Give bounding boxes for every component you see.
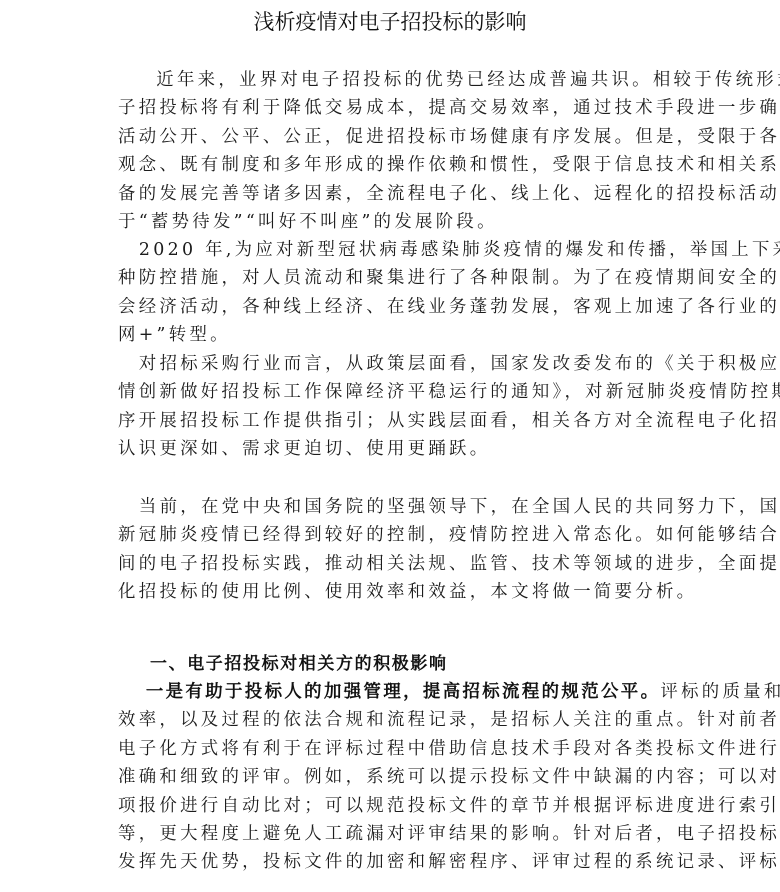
text-line: 于“蓄势待发”“叫好不叫座”的发展阶段。 [118, 208, 664, 236]
text-line: 近年来，业界对电子招投标的优势已经达成普遍共识。相较于传统形式，电 [118, 66, 664, 94]
text-line: 项报价进行自动比对；可以规范投标文件的章节并根据评标进度进行索引式审查 [118, 792, 664, 820]
text-fragment: 评标的质量和 [660, 682, 780, 702]
intro-paragraph-3: 对招标采购行业而言，从政策层面看，国家发改委发布的《关于积极应对疫 情创新做好招… [118, 350, 664, 464]
text-line: 活动公开、公平、公正，促进招投标市场健康有序发展。但是，受限于各方传统 [118, 123, 664, 151]
bold-lead-sentence: 一是有助于投标人的加强管理，提高招标流程的规范公平。 [146, 682, 661, 702]
text-line: 效率，以及过程的依法合规和流程记录，是招标人关注的重点。针对前者，采用 [118, 706, 664, 734]
text-line: 新冠肺炎疫情已经得到较好的控制，疫情防控进入常态化。如何能够结合疫情期 [118, 521, 664, 549]
text-line: 化招投标的使用比例、使用效率和效益，本文将做一简要分析。 [118, 578, 664, 606]
text-line: 备的发展完善等诸多因素，全流程电子化、线上化、远程化的招投标活动仍然处 [118, 180, 664, 208]
section-1-paragraph-1: 一是有助于投标人的加强管理，提高招标流程的规范公平。评标的质量和 效率，以及过程… [118, 678, 664, 877]
text-line: 2020 年,为应对新型冠状病毒感染肺炎疫情的爆发和传播，举国上下采取各 [118, 236, 664, 264]
text-line: 认识更深如、需求更迫切、使用更踊跃。 [118, 435, 664, 463]
text-line: 观念、既有制度和多年形成的操作依赖和惯性，受限于信息技术和相关系统、装 [118, 151, 664, 179]
text-line: 情创新做好招投标工作保障经济平稳运行的通知》，对新冠肺炎疫情防控期间有 [118, 378, 664, 406]
text-line: 间的电子招投标实践，推动相关法规、监管、技术等领域的进步，全面提升电子 [118, 550, 664, 578]
text-line: 一是有助于投标人的加强管理，提高招标流程的规范公平。评标的质量和 [118, 678, 664, 706]
text-line: 种防控措施，对人员流动和聚集进行了各种限制。为了在疫情期间安全的开展社 [118, 264, 664, 292]
document-title: 浅析疫情对电子招投标的影响 [0, 8, 780, 36]
text-line: 准确和细致的评审。例如，系统可以提示投标文件中缺漏的内容；可以对投标分 [118, 763, 664, 791]
text-line: 对招标采购行业而言，从政策层面看，国家发改委发布的《关于积极应对疫 [118, 350, 664, 378]
intro-paragraph-2: 2020 年,为应对新型冠状病毒感染肺炎疫情的爆发和传播，举国上下采取各 种防控… [118, 236, 664, 350]
text-line: 网+”转型。 [118, 321, 664, 349]
document-page: 浅析疫情对电子招投标的影响 近年来，业界对电子招投标的优势已经达成普遍共识。相较… [0, 0, 780, 892]
intro-paragraph-4: 当前，在党中央和国务院的坚强领导下，在全国人民的共同努力下，国内的 新冠肺炎疫情… [118, 493, 664, 607]
section-heading: 一、电子招投标对相关方的积极影响 [150, 650, 448, 678]
text-line: 当前，在党中央和国务院的坚强领导下，在全国人民的共同努力下，国内的 [118, 493, 664, 521]
text-line: 会经济活动，各种线上经济、在线业务蓬勃发展，客观上加速了各行业的“互联 [118, 293, 664, 321]
intro-paragraph-1: 近年来，业界对电子招投标的优势已经达成普遍共识。相较于传统形式，电 子招投标将有… [118, 66, 664, 236]
text-line: 电子化方式将有利于在评标过程中借助信息技术手段对各类投标文件进行更为 [118, 735, 664, 763]
text-line: 序开展招投标工作提供指引；从实践层面看，相关各方对全流程电子化招投标的 [118, 407, 664, 435]
text-line: 等，更大程度上避免人工疏漏对评审结果的影响。针对后者，电子招投标可充分 [118, 820, 664, 848]
text-line: 子招投标将有利于降低交易成本，提高交易效率，通过技术手段进一步确保招标 [118, 94, 664, 122]
text-line: 发挥先天优势，投标文件的加密和解密程序、评审过程的系统记录、评标结果的 [118, 848, 664, 876]
